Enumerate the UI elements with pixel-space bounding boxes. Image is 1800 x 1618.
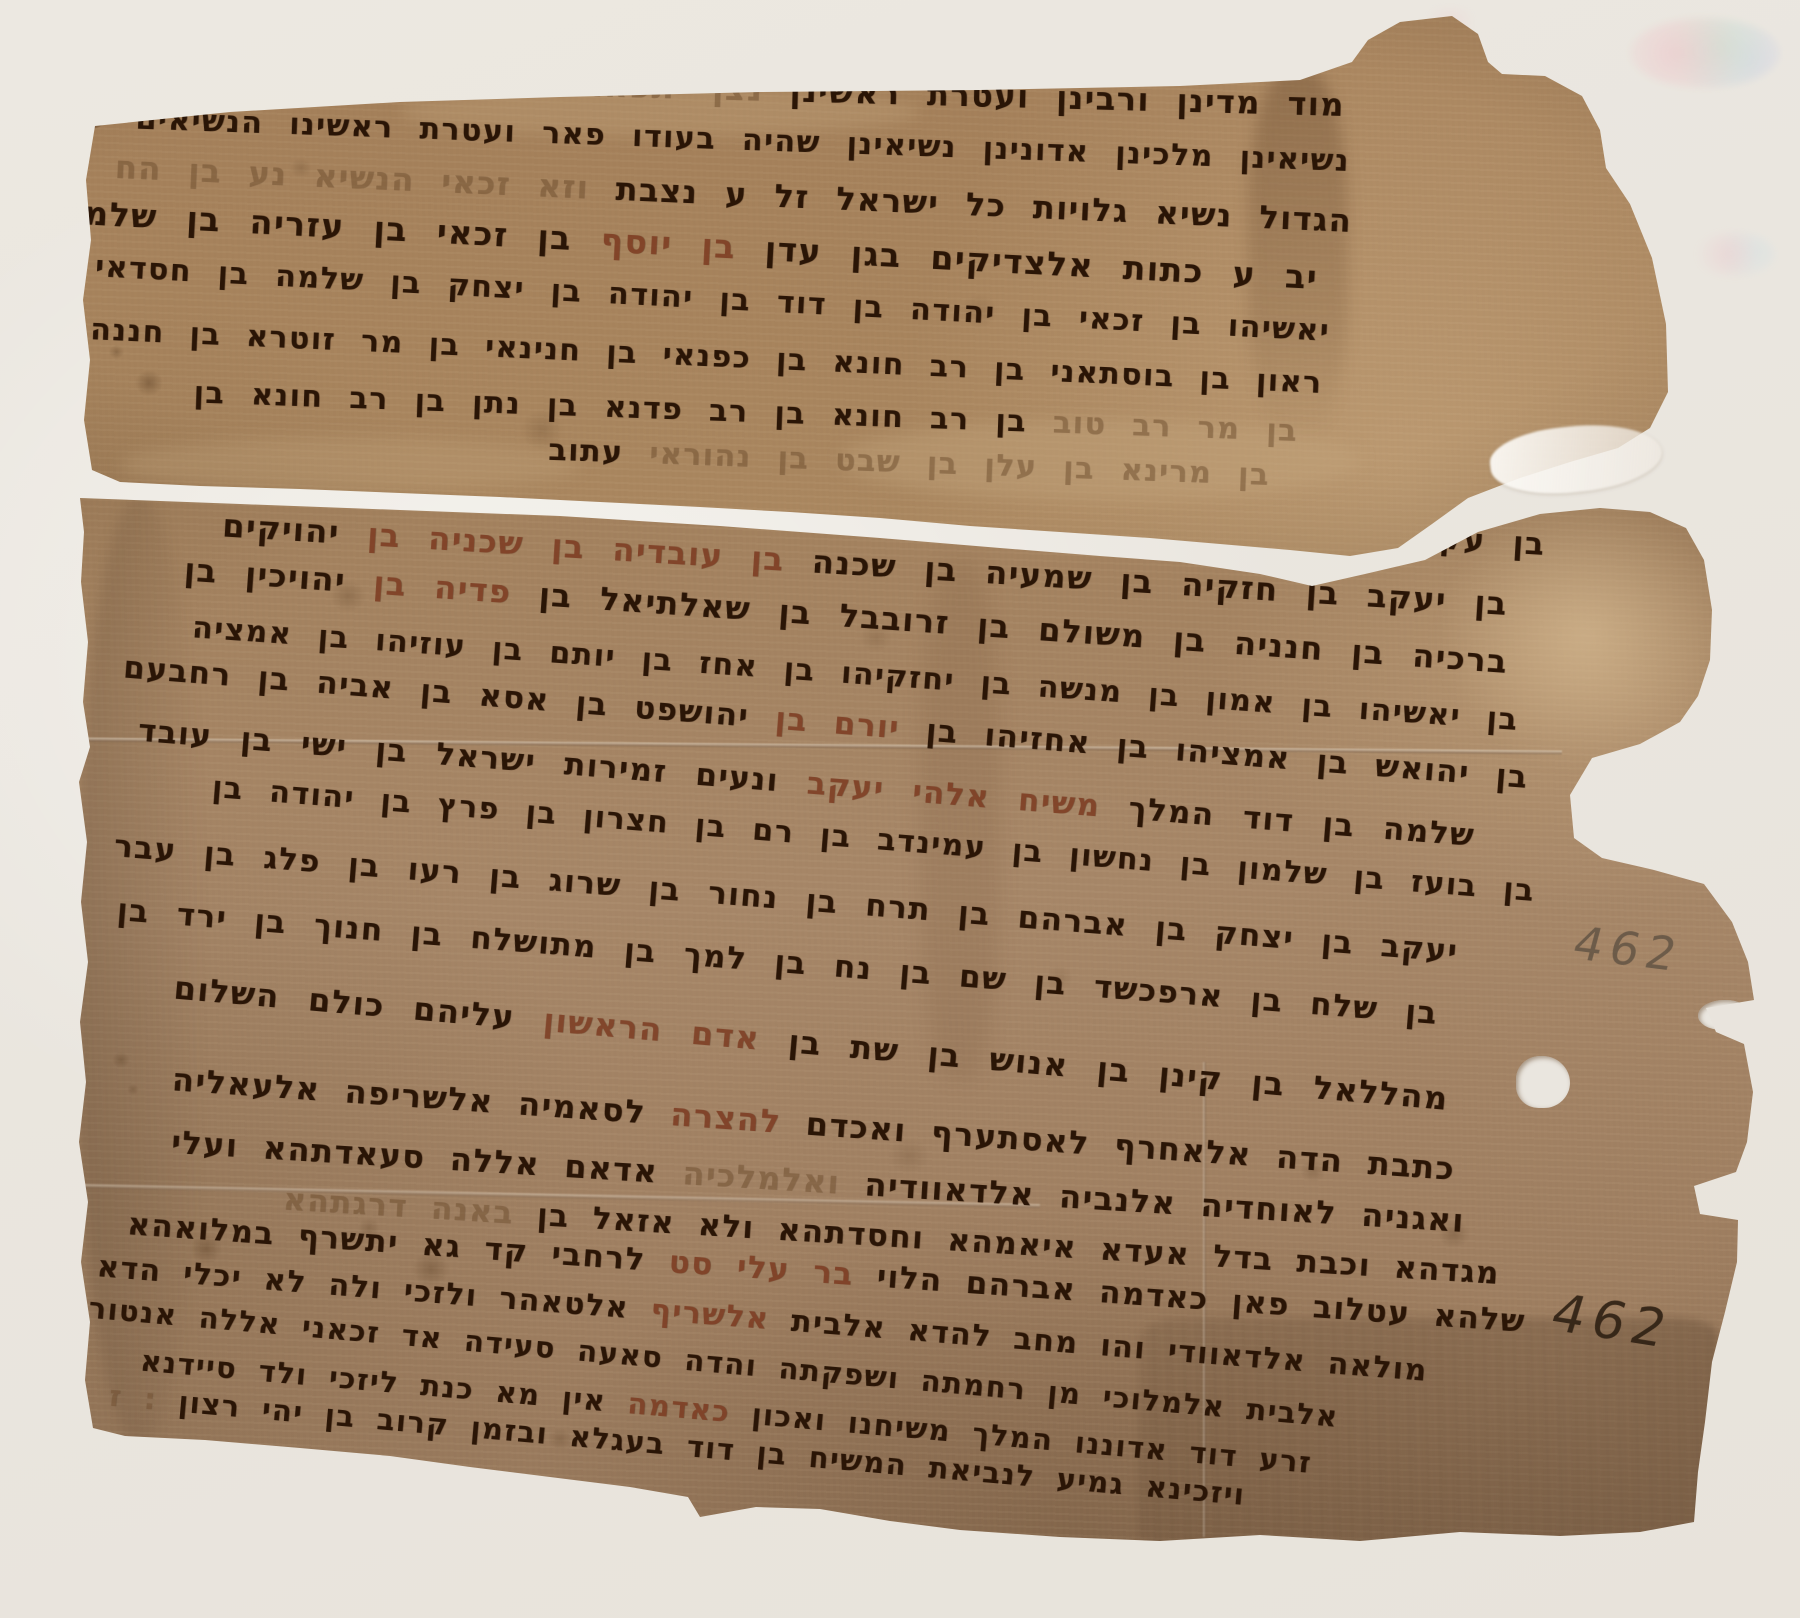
manuscript-text-segment: יהויכין בן bbox=[183, 550, 347, 599]
scanner-color-artifact bbox=[1695, 232, 1775, 276]
manuscript-text-segment: מהללאל בן קינן בן אנוש בן שת בן bbox=[786, 1022, 1449, 1118]
manuscript-text-segment: ואלמלכיה bbox=[682, 1154, 842, 1202]
manuscript-text-segment: עתוב bbox=[548, 433, 624, 471]
manuscript-text-segment: בן יוסף bbox=[600, 220, 737, 266]
manuscript-text-segment: בן רב חונא בן רב פדנא בן נתן בן רב חונא … bbox=[193, 375, 1028, 439]
manuscript-text-segment: עם bbox=[65, 99, 110, 136]
stain bbox=[650, 1510, 668, 1526]
manuscript-text-segment: בר עלי סט bbox=[667, 1244, 854, 1293]
manuscript-text-segment: בן מרינא בן עלן בן שבט בן נהוראי bbox=[649, 436, 1270, 493]
manuscript-text-segment: להצרה bbox=[669, 1095, 782, 1141]
manuscript-text-segment: אדם הראשון bbox=[541, 1001, 761, 1058]
manuscript-text-segment: משיח אלהי יעקב bbox=[806, 765, 1102, 824]
manuscript-text-segment: אלשריף bbox=[650, 1293, 771, 1337]
manuscript-scan: מוד מדינן ורבינן ועטרת ראשינן נצף תפארת … bbox=[0, 0, 1800, 1618]
manuscript-text-segment: עליהם כולם השלום bbox=[172, 969, 516, 1037]
manuscript-text-segment: שלמה בן דוד המלך bbox=[1127, 791, 1476, 854]
manuscript-text-segment: יב ע כתות אלצדיקים בגן עדן bbox=[764, 229, 1319, 297]
scanner-color-artifact bbox=[1630, 18, 1780, 88]
manuscript-text-segment: בן מר רב טוב bbox=[1053, 405, 1299, 449]
manuscript-text-segment: יהויקים bbox=[221, 506, 341, 551]
manuscript-text-segment: יורם בן bbox=[774, 701, 901, 747]
stain bbox=[382, 1478, 410, 1502]
manuscript-text-segment: : ז bbox=[108, 1379, 159, 1417]
manuscript-text-segment: נצף תפארת ראשי bbox=[451, 63, 764, 109]
manuscript-text-segment: אדאם אללה סעאדתהא ועלי bbox=[171, 1123, 660, 1191]
manuscript-line: מוד מדינן ורבינן ועטרת ראשינן נצף תפארת … bbox=[451, 63, 1346, 124]
manuscript-text-segment: כאדמה bbox=[626, 1386, 732, 1429]
manuscript-text-segment: מוד מדינן ורבינן ועטרת ראשינן bbox=[789, 71, 1345, 124]
manuscript-text-segment: פדיה בן bbox=[372, 564, 513, 612]
manuscript-text-segment: לסאמיה אלשריפה אלעאליה bbox=[171, 1060, 647, 1131]
